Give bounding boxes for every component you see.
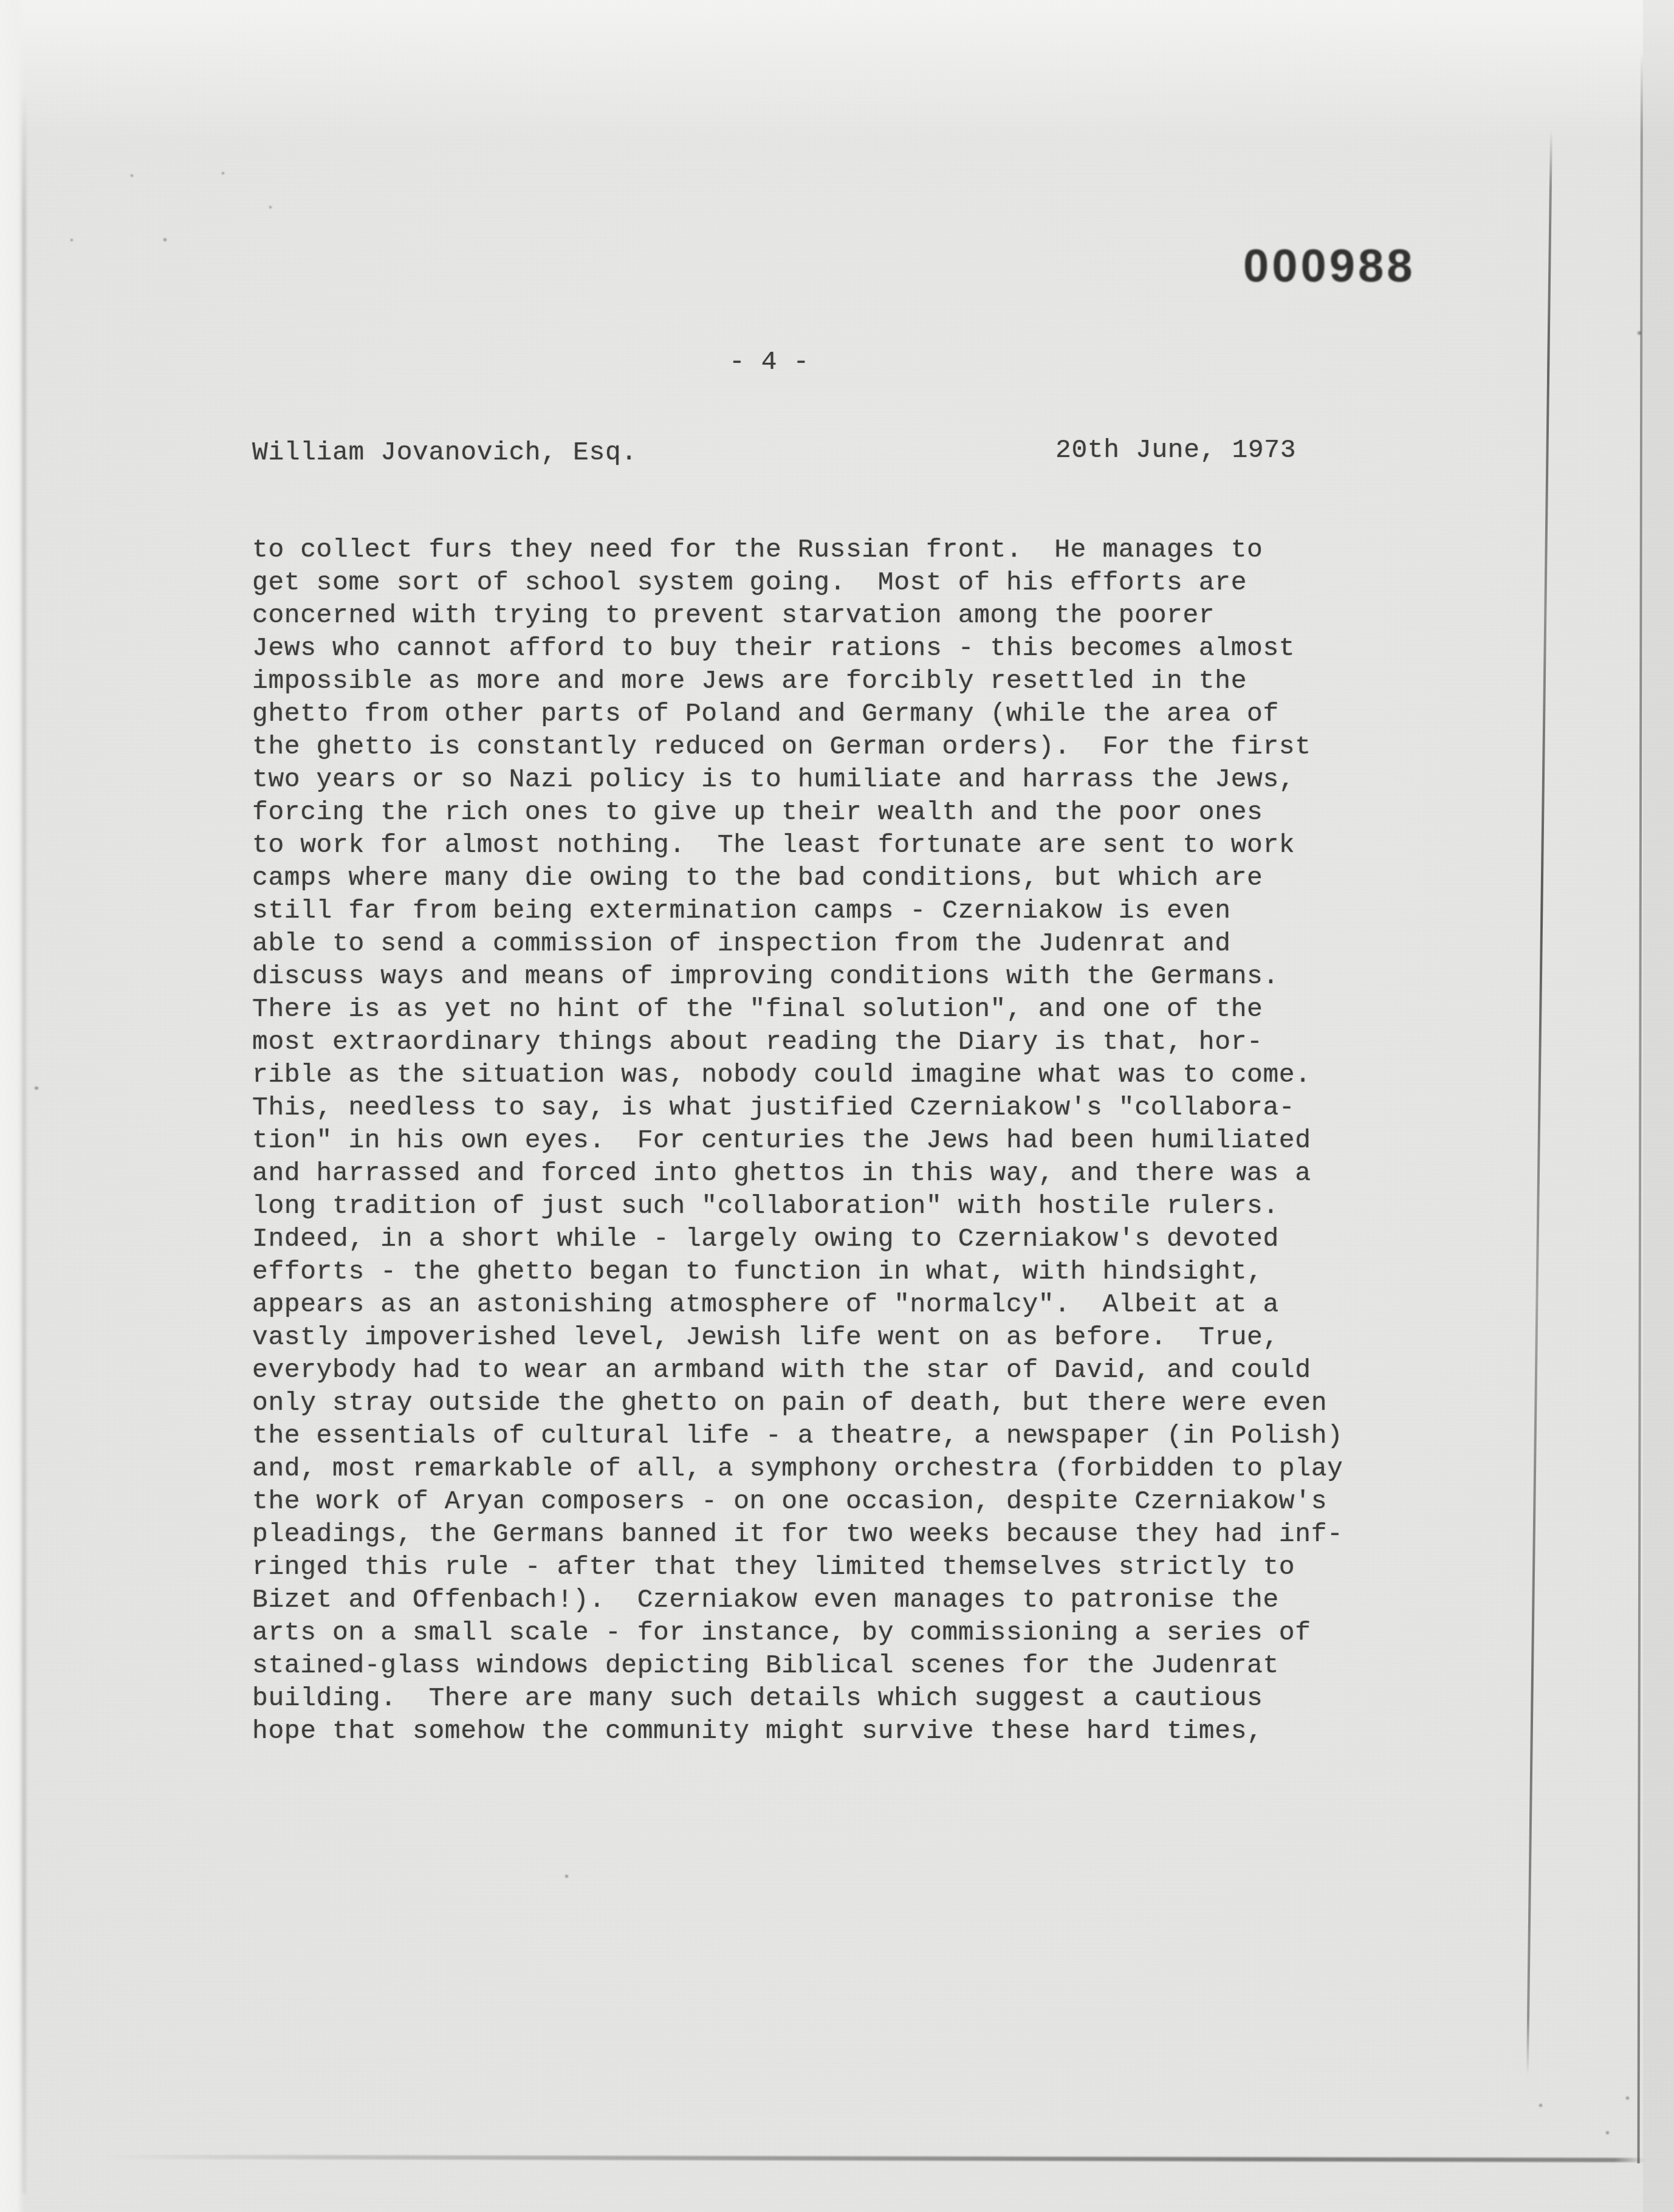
body-line: appears as an astonishing atmosphere of … xyxy=(252,1288,1343,1321)
body-line: hope that somehow the community might su… xyxy=(252,1715,1343,1748)
body-line: two years or so Nazi policy is to humili… xyxy=(252,763,1343,796)
body-line: forcing the rich ones to give up their w… xyxy=(252,796,1343,829)
body-line: the ghetto is constantly reduced on Germ… xyxy=(252,730,1343,763)
body-line: vastly impoverished level, Jewish life w… xyxy=(252,1321,1343,1354)
body-line: able to send a commission of inspection … xyxy=(252,927,1343,960)
scan-right-shade xyxy=(1643,0,1674,2212)
body-line: This, needless to say, is what justified… xyxy=(252,1091,1343,1124)
body-line: There is as yet no hint of the "final so… xyxy=(252,993,1343,1026)
body-line: arts on a small scale - for instance, by… xyxy=(252,1616,1343,1649)
paper-right-edge-line xyxy=(1638,52,1643,2163)
body-line: ringed this rule - after that they limit… xyxy=(252,1551,1343,1584)
letter-body: to collect furs they need for the Russia… xyxy=(252,534,1343,1748)
body-line: tion" in his own eyes. For centuries the… xyxy=(252,1124,1343,1157)
ink-speck xyxy=(35,1087,38,1090)
page-number: - 4 - xyxy=(729,347,809,377)
paper-bottom-edge-line xyxy=(105,2155,1645,2162)
ink-speck xyxy=(131,174,133,177)
body-line: discuss ways and means of improving cond… xyxy=(252,960,1343,993)
ink-speck xyxy=(70,239,73,241)
body-line: stained-glass windows depicting Biblical… xyxy=(252,1649,1343,1682)
body-line: get some sort of school system going. Mo… xyxy=(252,566,1343,599)
body-line: and, most remarkable of all, a symphony … xyxy=(252,1452,1343,1485)
body-line: to collect furs they need for the Russia… xyxy=(252,534,1343,566)
ink-speck xyxy=(269,206,272,208)
body-line: camps where many die owing to the bad co… xyxy=(252,862,1343,895)
body-line: rible as the situation was, nobody could… xyxy=(252,1059,1343,1091)
body-line: most extraordinary things about reading … xyxy=(252,1026,1343,1059)
ink-speck xyxy=(163,238,166,241)
body-line: Indeed, in a short while - largely owing… xyxy=(252,1223,1343,1255)
body-line: building. There are many such details wh… xyxy=(252,1682,1343,1715)
recipient-name: William Jovanovich, Esq. xyxy=(252,438,637,467)
paper-left-edge-shadow xyxy=(22,91,26,2194)
body-line: the essentials of cultural life - a thea… xyxy=(252,1420,1343,1452)
body-line: ghetto from other parts of Poland and Ge… xyxy=(252,698,1343,730)
document-number-stamp: 000988 xyxy=(1243,239,1416,292)
body-line: to work for almost nothing. The least fo… xyxy=(252,829,1343,862)
body-line: impossible as more and more Jews are for… xyxy=(252,665,1343,698)
paper-crease-line xyxy=(1526,131,1552,2075)
body-line: Jews who cannot afford to buy their rati… xyxy=(252,632,1343,665)
body-line: still far from being extermination camps… xyxy=(252,895,1343,927)
paper-left-margin-strip xyxy=(0,0,24,2212)
ink-speck xyxy=(1606,2131,1609,2134)
body-line: and harrassed and forced into ghettos in… xyxy=(252,1157,1343,1190)
ink-speck xyxy=(1626,2097,1629,2100)
body-line: everybody had to wear an armband with th… xyxy=(252,1354,1343,1387)
ink-speck xyxy=(1539,2104,1542,2107)
body-line: concerned with trying to prevent starvat… xyxy=(252,599,1343,632)
body-line: only stray outside the ghetto on pain of… xyxy=(252,1387,1343,1420)
paper-top-light-band xyxy=(0,0,1674,140)
ink-speck xyxy=(222,172,224,174)
body-line: Bizet and Offenbach!). Czerniakow even m… xyxy=(252,1584,1343,1616)
scanned-letter-page: 000988 - 4 - William Jovanovich, Esq. 20… xyxy=(0,0,1674,2212)
body-line: the work of Aryan composers - on one occ… xyxy=(252,1485,1343,1518)
ink-speck xyxy=(565,1875,568,1878)
letter-date: 20th June, 1973 xyxy=(1055,435,1296,465)
body-line: pleadings, the Germans banned it for two… xyxy=(252,1518,1343,1551)
body-line: efforts - the ghetto began to function i… xyxy=(252,1255,1343,1288)
ink-speck xyxy=(1638,331,1641,335)
scan-bottom-band xyxy=(0,2163,1674,2212)
body-line: long tradition of just such "collaborati… xyxy=(252,1190,1343,1223)
